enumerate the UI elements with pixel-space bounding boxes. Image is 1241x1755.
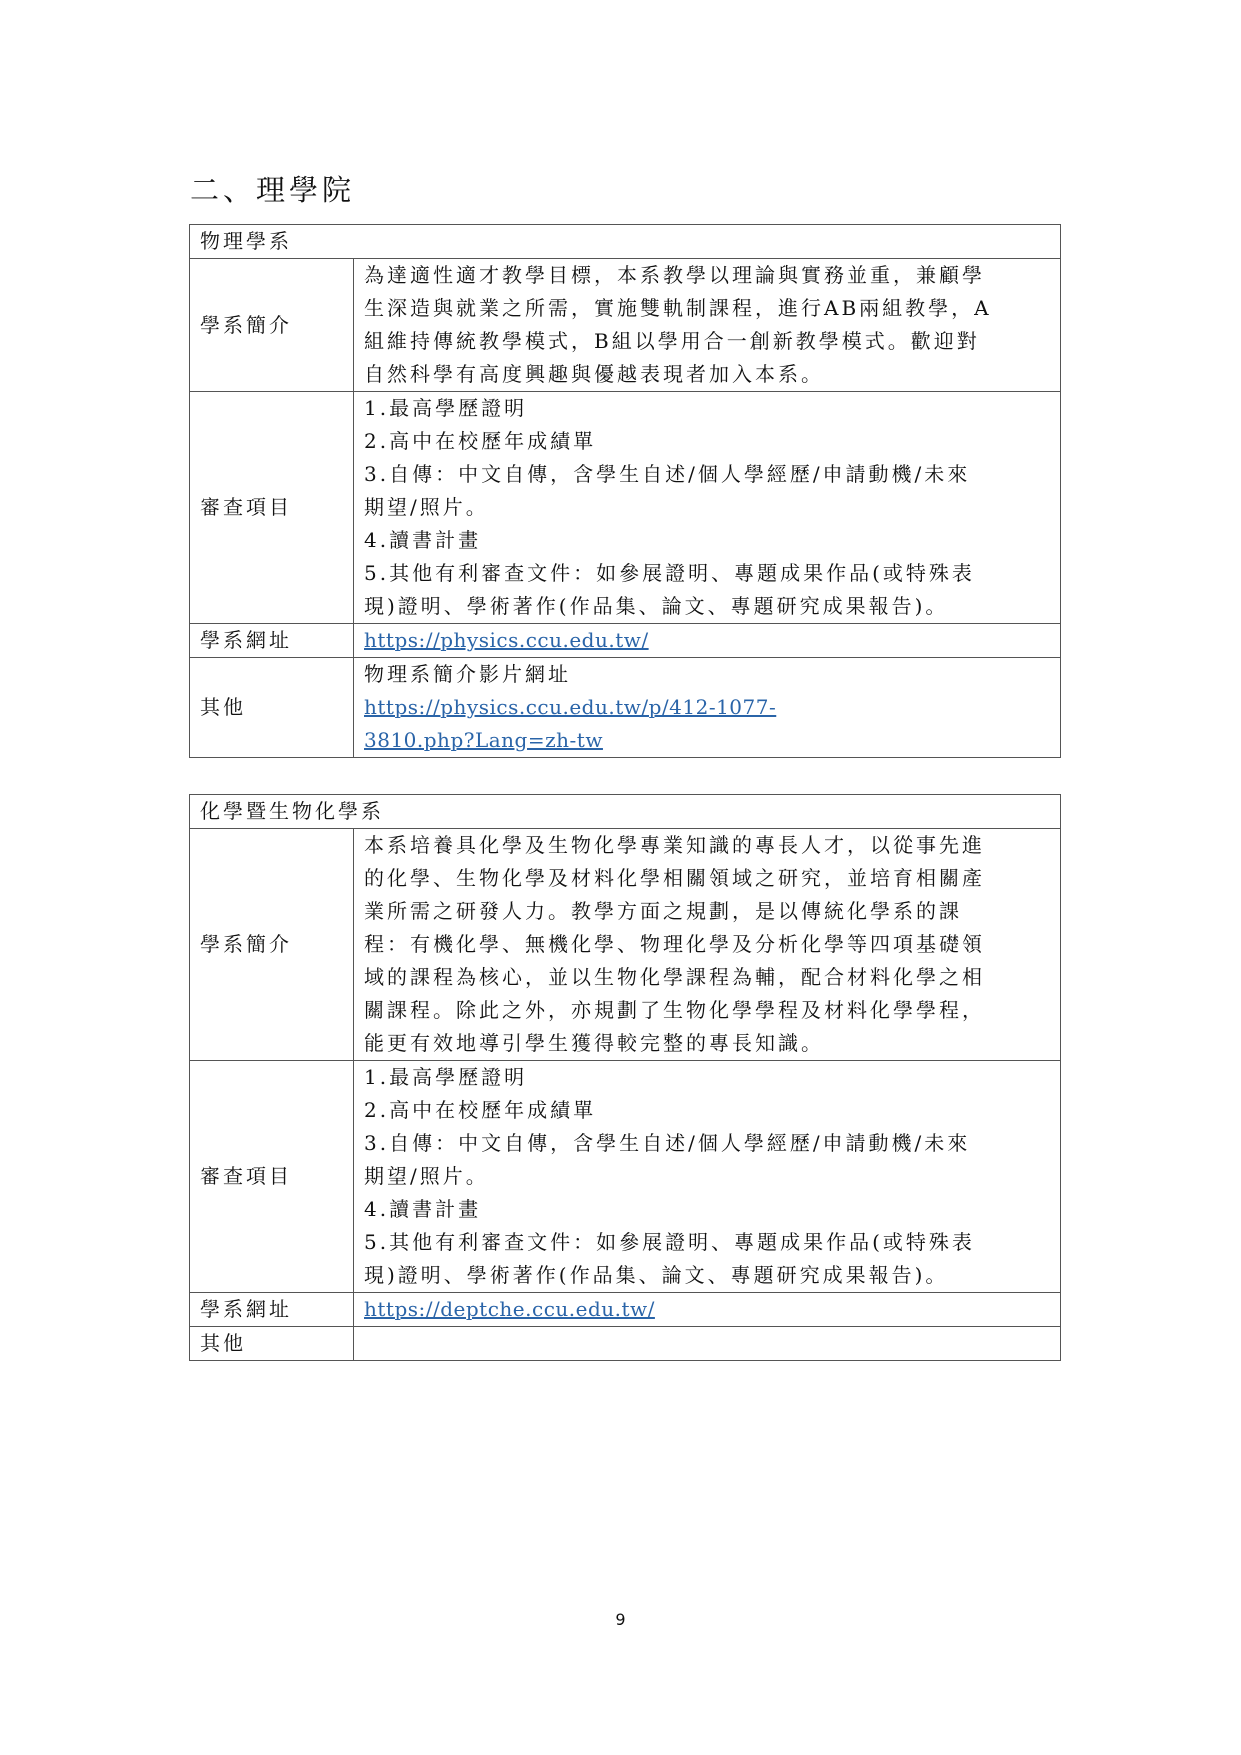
other-text: 物理系簡介影片網址 — [364, 658, 1050, 691]
text-line: 為達適性適才教學目標，本系教學以理論與實務並重，兼顧學 — [364, 259, 1050, 292]
review-label: 審查項目 — [190, 392, 354, 624]
dept-name: 物理學系 — [190, 225, 1061, 259]
chemistry-dept-table: 化學暨生物化學系 學系簡介 本系培養具化學及生物化學專業知識的專長人才，以從事先… — [189, 794, 1061, 1361]
text-line: 本系培養具化學及生物化學專業知識的專長人才，以從事先進 — [364, 829, 1050, 862]
video-link-continued[interactable]: 3810.php?Lang=zh-tw — [364, 724, 1050, 757]
text-line: 程：有機化學、無機化學、物理化學及分析化學等四項基礎領 — [364, 928, 1050, 961]
other-cell: 物理系簡介影片網址 https://physics.ccu.edu.tw/p/4… — [354, 658, 1061, 758]
website-label: 學系網址 — [190, 624, 354, 658]
text-line: 域的課程為核心，並以生物化學課程為輔，配合材料化學之相 — [364, 961, 1050, 994]
review-item: 2.高中在校歷年成績單 — [364, 1094, 1050, 1127]
review-item: 現)證明、學術著作(作品集、論文、專題研究成果報告)。 — [364, 590, 1050, 623]
review-items: 1.最高學歷證明 2.高中在校歷年成績單 3.自傳：中文自傳，含學生自述/個人學… — [354, 392, 1061, 624]
text-line: 的化學、生物化學及材料化學相關領域之研究，並培育相關產 — [364, 862, 1050, 895]
review-item: 4.讀書計畫 — [364, 524, 1050, 557]
intro-label: 學系簡介 — [190, 259, 354, 392]
review-item: 3.自傳：中文自傳，含學生自述/個人學經歷/申請動機/未來 — [364, 1127, 1050, 1160]
intro-text: 為達適性適才教學目標，本系教學以理論與實務並重，兼顧學 生深造與就業之所需，實施… — [354, 259, 1061, 392]
page-number: 9 — [0, 1610, 1241, 1629]
review-label: 審查項目 — [190, 1061, 354, 1293]
text-line: 生深造與就業之所需，實施雙軌制課程，進行AB兩組教學，A — [364, 292, 1050, 325]
text-line: 自然科學有高度興趣與優越表現者加入本系。 — [364, 358, 1050, 391]
intro-text: 本系培養具化學及生物化學專業知識的專長人才，以從事先進 的化學、生物化學及材料化… — [354, 829, 1061, 1061]
section-heading: 二、理學院 — [190, 168, 355, 209]
review-item: 期望/照片。 — [364, 491, 1050, 524]
text-line: 組維持傳統教學模式，B組以學用合一創新教學模式。歡迎對 — [364, 325, 1050, 358]
dept-name: 化學暨生物化學系 — [190, 795, 1061, 829]
website-link[interactable]: https://deptche.ccu.edu.tw/ — [364, 1297, 655, 1321]
review-item: 期望/照片。 — [364, 1160, 1050, 1193]
review-item: 5.其他有利審查文件：如參展證明、專題成果作品(或特殊表 — [364, 557, 1050, 590]
website-link[interactable]: https://physics.ccu.edu.tw/ — [364, 628, 649, 652]
review-item: 5.其他有利審查文件：如參展證明、專題成果作品(或特殊表 — [364, 1226, 1050, 1259]
other-label: 其他 — [190, 658, 354, 758]
review-item: 3.自傳：中文自傳，含學生自述/個人學經歷/申請動機/未來 — [364, 458, 1050, 491]
other-label: 其他 — [190, 1327, 354, 1361]
website-cell: https://physics.ccu.edu.tw/ — [354, 624, 1061, 658]
text-line: 能更有效地導引學生獲得較完整的專長知識。 — [364, 1027, 1050, 1060]
text-line: 業所需之研發人力。教學方面之規劃，是以傳統化學系的課 — [364, 895, 1050, 928]
review-item: 4.讀書計畫 — [364, 1193, 1050, 1226]
website-label: 學系網址 — [190, 1293, 354, 1327]
website-cell: https://deptche.ccu.edu.tw/ — [354, 1293, 1061, 1327]
review-item: 2.高中在校歷年成績單 — [364, 425, 1050, 458]
physics-dept-table: 物理學系 學系簡介 為達適性適才教學目標，本系教學以理論與實務並重，兼顧學 生深… — [189, 224, 1061, 758]
intro-label: 學系簡介 — [190, 829, 354, 1061]
review-item: 1.最高學歷證明 — [364, 392, 1050, 425]
video-link[interactable]: https://physics.ccu.edu.tw/p/412-1077- — [364, 691, 1050, 724]
review-item: 1.最高學歷證明 — [364, 1061, 1050, 1094]
review-items: 1.最高學歷證明 2.高中在校歷年成績單 3.自傳：中文自傳，含學生自述/個人學… — [354, 1061, 1061, 1293]
text-line: 關課程。除此之外，亦規劃了生物化學學程及材料化學學程， — [364, 994, 1050, 1027]
review-item: 現)證明、學術著作(作品集、論文、專題研究成果報告)。 — [364, 1259, 1050, 1292]
other-cell — [354, 1327, 1061, 1361]
